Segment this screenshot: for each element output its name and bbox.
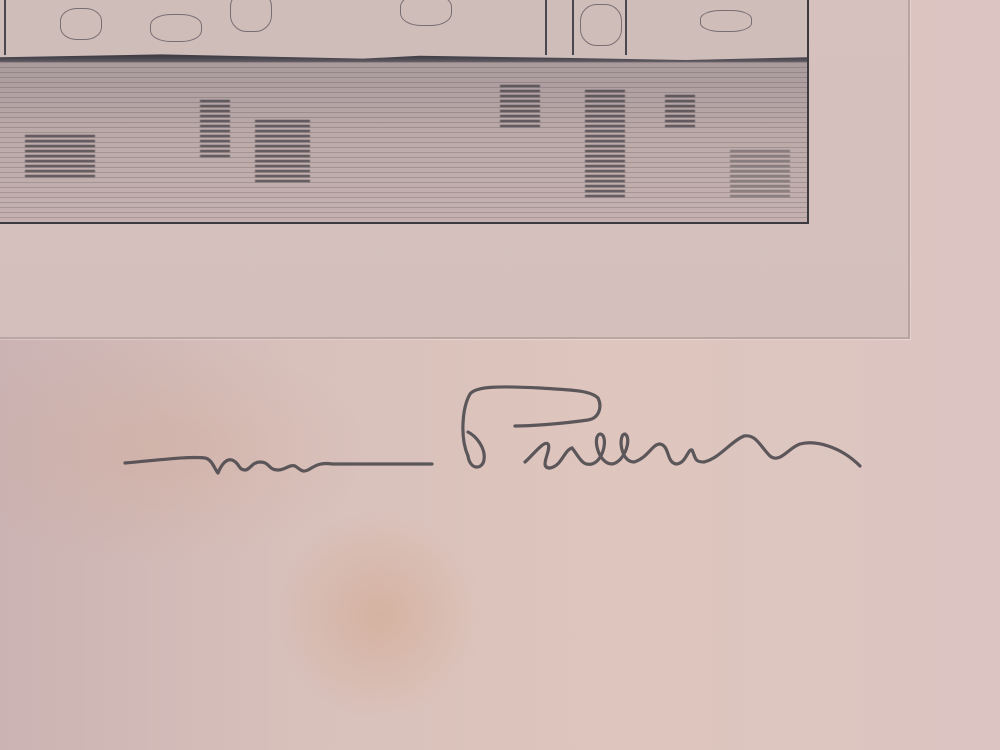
reflection [25,135,95,180]
pencil-signature [120,378,880,478]
sketch-mark [580,4,622,46]
sketch-mark [400,0,452,26]
water [0,62,807,222]
sketch-mark [230,0,272,32]
building-line [625,0,627,55]
etching-image [0,0,809,224]
signature-strokes [120,378,880,478]
building-line [4,0,6,55]
reflection [665,95,695,130]
reflection [200,100,230,160]
sketch-mark [150,14,202,42]
reflection [730,150,790,200]
reflection [585,90,625,200]
reflection [500,85,540,130]
sketch-mark [700,10,752,32]
buildings-band [0,0,807,60]
building-line [545,0,547,55]
sketch-mark [60,8,102,40]
reflection [255,120,310,185]
building-line [572,0,574,55]
